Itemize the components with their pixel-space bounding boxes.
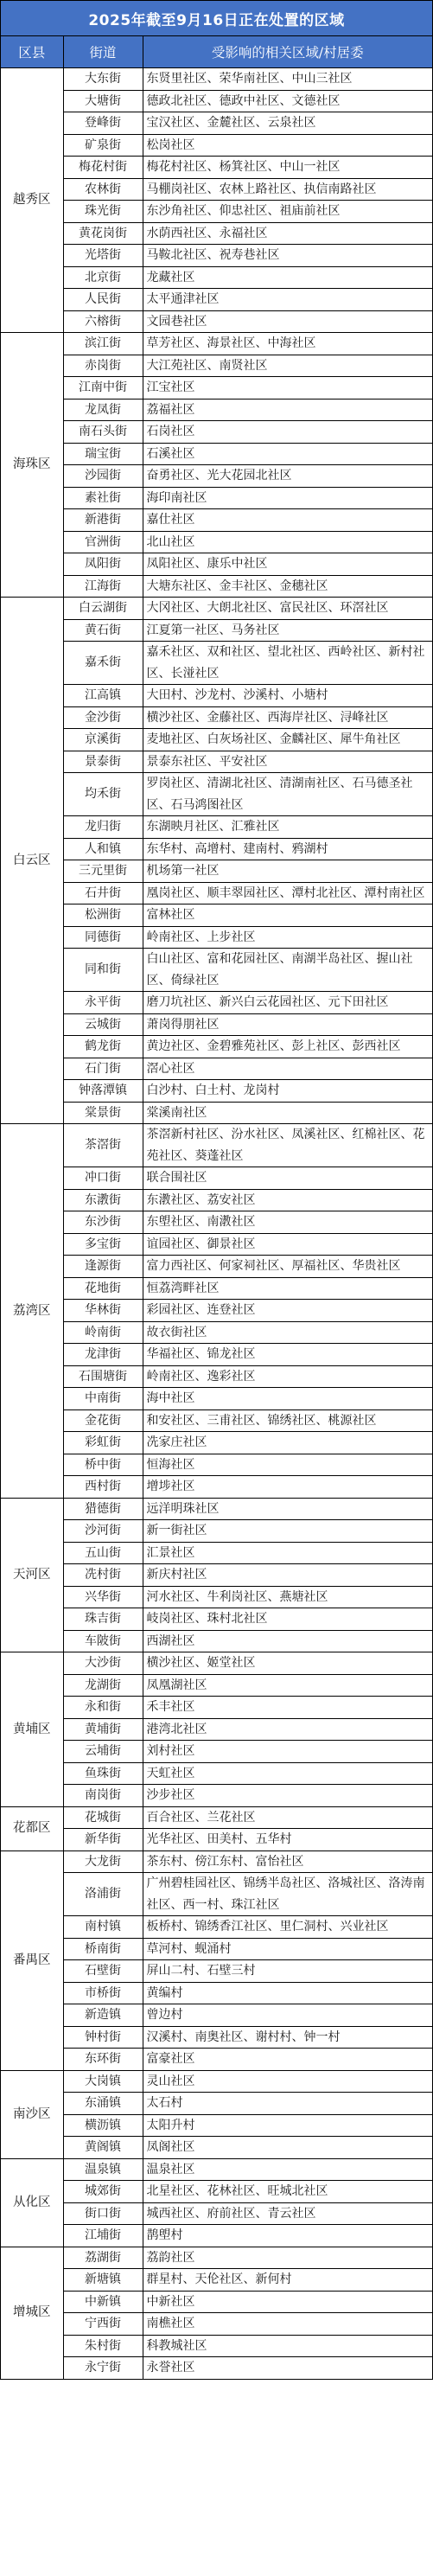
table-row: 人民街太平通津社区	[1, 289, 432, 311]
areas-cell: 百合社区、兰花社区	[143, 1806, 432, 1829]
street-cell: 车陂街	[63, 1630, 143, 1652]
street-cell: 江埔街	[63, 2225, 143, 2247]
areas-cell: 海中社区	[143, 1388, 432, 1410]
table-row: 桥中街恒海社区	[1, 1454, 432, 1476]
table-row: 钟落潭镇白沙村、白土村、龙岗村	[1, 1080, 432, 1103]
street-cell: 黄埔街	[63, 1718, 143, 1741]
street-cell: 珠吉街	[63, 1608, 143, 1631]
table-row: 横沥镇太阳升村	[1, 2114, 432, 2137]
table-row: 华林街彩园社区、连登社区	[1, 1300, 432, 1322]
areas-cell: 广州碧桂园社区、锦绣半岛社区、洛城社区、洛涛南社区、西一村、珠江社区	[143, 1873, 432, 1916]
areas-cell: 嘉禾社区、双和社区、望北社区、西岭社区、新村社区、长湴社区	[143, 642, 432, 685]
table-row: 街口街城西社区、府前社区、青云社区	[1, 2202, 432, 2225]
table-row: 同德街岭南社区、上步社区	[1, 926, 432, 949]
table-row: 黄阁镇凤阁社区	[1, 2137, 432, 2159]
street-cell: 桥中街	[63, 1454, 143, 1476]
street-cell: 东漖街	[63, 1189, 143, 1211]
street-cell: 六榕街	[63, 310, 143, 333]
street-cell: 中南街	[63, 1388, 143, 1410]
areas-cell: 东沙角社区、仰忠社区、祖庙前社区	[143, 201, 432, 223]
table-row: 新华街光华社区、田美村、五华村	[1, 1829, 432, 1851]
areas-cell: 茶滘新村社区、汾水社区、凤溪社区、红棉社区、花苑社区、葵蓬社区	[143, 1124, 432, 1167]
street-cell: 钟村街	[63, 2026, 143, 2049]
table-row: 登峰街宝汉社区、金麓社区、云泉社区	[1, 112, 432, 135]
areas-cell: 文园巷社区	[143, 310, 432, 333]
street-cell: 温泉镇	[63, 2158, 143, 2181]
areas-cell: 松岗社区	[143, 134, 432, 157]
street-cell: 新造镇	[63, 2004, 143, 2027]
areas-cell: 远洋明珠社区	[143, 1498, 432, 1520]
table-row: 六榕街文园巷社区	[1, 310, 432, 333]
street-cell: 大东街	[63, 68, 143, 91]
table-row: 冼村街新庆村社区	[1, 1564, 432, 1587]
street-cell: 登峰街	[63, 112, 143, 135]
street-cell: 兴华街	[63, 1586, 143, 1608]
street-cell: 龙归街	[63, 816, 143, 839]
street-cell: 云埔街	[63, 1741, 143, 1763]
areas-cell: 联合围社区	[143, 1167, 432, 1190]
areas-cell: 河水社区、牛利岗社区、燕塘社区	[143, 1586, 432, 1608]
areas-cell: 黄边社区、金碧雅苑社区、彭上社区、彭西社区	[143, 1036, 432, 1058]
areas-cell: 华福社区、锦龙社区	[143, 1344, 432, 1366]
areas-cell: 东华村、高增村、建南村、鸦湖村	[143, 838, 432, 860]
document: 2025年截至9月16日正在处置的区域 区县 街道 受影响的相关区域/村居委 越…	[0, 0, 433, 2380]
areas-cell: 大田村、沙龙村、沙溪村、小塘村	[143, 685, 432, 707]
street-cell: 南石头街	[63, 421, 143, 444]
areas-cell: 白山社区、富和花园社区、南湖半岛社区、握山社区、倚绿社区	[143, 949, 432, 992]
table-row: 桥南街草河村、蚬涌村	[1, 1938, 432, 1960]
areas-cell: 温泉社区	[143, 2158, 432, 2181]
street-cell: 东沙街	[63, 1211, 143, 1234]
table-row: 车陂街西湖社区	[1, 1630, 432, 1652]
street-cell: 横沥镇	[63, 2114, 143, 2137]
table-row: 中新镇中新社区	[1, 2291, 432, 2313]
areas-cell: 德政北社区、德政中社区、文德社区	[143, 90, 432, 112]
district-cell: 越秀区	[1, 68, 63, 333]
table-row: 番禺区大龙街茶东村、傍江东村、富怡社区	[1, 1851, 432, 1873]
table-row: 同和街白山社区、富和花园社区、南湖半岛社区、握山社区、倚绿社区	[1, 949, 432, 992]
areas-cell: 机场第一社区	[143, 860, 432, 883]
areas-cell: 太阳升村	[143, 2114, 432, 2137]
areas-cell: 沙步社区	[143, 1785, 432, 1807]
table-row: 龙凤街荔福社区	[1, 399, 432, 421]
areas-cell: 和安社区、三甫社区、锦绣社区、桃源社区	[143, 1409, 432, 1432]
areas-cell: 白沙村、白土村、龙岗村	[143, 1080, 432, 1103]
table-row: 钟村街汉溪村、南奥社区、谢村村、钟一村	[1, 2026, 432, 2049]
table-row: 沙河街新一街社区	[1, 1520, 432, 1543]
street-cell: 江海街	[63, 575, 143, 598]
street-cell: 景泰街	[63, 751, 143, 773]
table-row: 嘉禾街嘉禾社区、双和社区、望北社区、西岭社区、新村社区、长湴社区	[1, 642, 432, 685]
table-row: 均禾街罗岗社区、清湖北社区、清湖南社区、石马德圣社区、石马鸿图社区	[1, 773, 432, 816]
district-cell: 白云区	[1, 598, 63, 1124]
areas-cell: 江夏第一社区、马务社区	[143, 619, 432, 642]
table-row: 南岗街沙步社区	[1, 1785, 432, 1807]
street-cell: 人和镇	[63, 838, 143, 860]
areas-cell: 中新社区	[143, 2291, 432, 2313]
street-cell: 江高镇	[63, 685, 143, 707]
street-cell: 茶滘街	[63, 1124, 143, 1167]
areas-cell: 鹊塱村	[143, 2225, 432, 2247]
street-cell: 石围塘街	[63, 1365, 143, 1388]
table-row: 市桥街黄编村	[1, 1982, 432, 2004]
street-cell: 棠景街	[63, 1102, 143, 1124]
street-cell: 石壁街	[63, 1960, 143, 1983]
street-cell: 嘉禾街	[63, 642, 143, 685]
areas-cell: 东湖映月社区、汇雅社区	[143, 816, 432, 839]
table-row: 江埔街鹊塱村	[1, 2225, 432, 2247]
areas-cell: 冼家庄社区	[143, 1432, 432, 1454]
areas-cell: 新庆村社区	[143, 1564, 432, 1587]
street-cell: 松洲街	[63, 904, 143, 927]
areas-cell: 磨刀坑社区、新兴白云花园社区、元下田社区	[143, 992, 432, 1014]
table-row: 东涌镇太石村	[1, 2093, 432, 2115]
table-row: 荔湾区茶滘街茶滘新村社区、汾水社区、凤溪社区、红棉社区、花苑社区、葵蓬社区	[1, 1124, 432, 1167]
street-cell: 洛浦街	[63, 1873, 143, 1916]
street-cell: 城郊街	[63, 2181, 143, 2203]
areas-cell: 东塱社区、南漖社区	[143, 1211, 432, 1234]
table-row: 官洲街北山社区	[1, 531, 432, 553]
street-cell: 均禾街	[63, 773, 143, 816]
areas-cell: 西湖社区	[143, 1630, 432, 1652]
table-row: 龙湖街凤凰湖社区	[1, 1674, 432, 1697]
areas-cell: 富力西社区、何家祠社区、厚福社区、华贵社区	[143, 1256, 432, 1278]
street-cell: 金花街	[63, 1409, 143, 1432]
areas-cell: 棠溪南社区	[143, 1102, 432, 1124]
areas-cell: 海印南社区	[143, 487, 432, 509]
district-cell: 黄埔区	[1, 1652, 63, 1807]
areas-cell: 刘村社区	[143, 1741, 432, 1763]
areas-cell: 荔福社区	[143, 399, 432, 421]
street-cell: 凤阳街	[63, 553, 143, 576]
street-cell: 沙河街	[63, 1520, 143, 1543]
table-row: 逢源街富力西社区、何家祠社区、厚福社区、华贵社区	[1, 1256, 432, 1278]
table-row: 宁西街南樵社区	[1, 2313, 432, 2336]
district-cell: 南沙区	[1, 2070, 63, 2158]
areas-cell: 麦地社区、白灰场社区、金麟社区、犀牛角社区	[143, 729, 432, 751]
table-row: 北京街龙藏社区	[1, 266, 432, 289]
table-row: 石门街滘心社区	[1, 1058, 432, 1080]
street-cell: 南岗街	[63, 1785, 143, 1807]
street-cell: 瑞宝街	[63, 443, 143, 465]
street-cell: 永宁街	[63, 2357, 143, 2380]
street-cell: 滨江街	[63, 333, 143, 355]
table-row: 人和镇东华村、高增村、建南村、鸦湖村	[1, 838, 432, 860]
table-row: 京溪街麦地社区、白灰场社区、金麟社区、犀牛角社区	[1, 729, 432, 751]
table-row: 从化区温泉镇温泉社区	[1, 2158, 432, 2181]
street-cell: 岭南街	[63, 1321, 143, 1344]
areas-cell: 梅花村社区、杨箕社区、中山一社区	[143, 157, 432, 179]
table-row: 江高镇大田村、沙龙村、沙溪村、小塘村	[1, 685, 432, 707]
street-cell: 东环街	[63, 2049, 143, 2071]
district-cell: 从化区	[1, 2158, 63, 2247]
areas-cell: 东贤里社区、荣华南社区、中山三社区	[143, 68, 432, 91]
table-row: 冲口街联合围社区	[1, 1167, 432, 1190]
areas-cell: 北山社区	[143, 531, 432, 553]
street-cell: 冲口街	[63, 1167, 143, 1190]
table-row: 花都区花城街百合社区、兰花社区	[1, 1806, 432, 1829]
table-row: 彩虹街冼家庄社区	[1, 1432, 432, 1454]
table-row: 增城区荔湖街荔韵社区	[1, 2247, 432, 2269]
table-row: 南石头街石岗社区	[1, 421, 432, 444]
table-row: 东沙街东塱社区、南漖社区	[1, 1211, 432, 1234]
areas-cell: 宝汉社区、金麓社区、云泉社区	[143, 112, 432, 135]
table-row: 永和街禾丰社区	[1, 1697, 432, 1719]
street-cell: 梅花村街	[63, 157, 143, 179]
areas-table: 区县 街道 受影响的相关区域/村居委 越秀区大东街东贤里社区、荣华南社区、中山三…	[1, 36, 432, 2380]
street-cell: 矿泉街	[63, 134, 143, 157]
table-row: 棠景街棠溪南社区	[1, 1102, 432, 1124]
areas-cell: 灵山社区	[143, 2070, 432, 2093]
street-cell: 黄花岗街	[63, 222, 143, 245]
table-row: 金沙街横沙社区、金藤社区、西海岸社区、浔峰社区	[1, 706, 432, 729]
areas-cell: 草河村、蚬涌村	[143, 1938, 432, 1960]
table-row: 江南中街江宝社区	[1, 377, 432, 400]
street-cell: 西村街	[63, 1476, 143, 1499]
table-row: 黄石街江夏第一社区、马务社区	[1, 619, 432, 642]
street-cell: 宁西街	[63, 2313, 143, 2336]
street-cell: 同和街	[63, 949, 143, 992]
areas-cell: 大塘东社区、金丰社区、金穗社区	[143, 575, 432, 598]
street-cell: 京溪街	[63, 729, 143, 751]
street-cell: 大龙街	[63, 1851, 143, 1873]
street-cell: 永和街	[63, 1697, 143, 1719]
street-cell: 江南中街	[63, 377, 143, 400]
street-cell: 云城街	[63, 1013, 143, 1036]
areas-cell: 港湾北社区	[143, 1718, 432, 1741]
areas-cell: 水荫西社区、永福社区	[143, 222, 432, 245]
header-street: 街道	[63, 36, 143, 68]
street-cell: 街口街	[63, 2202, 143, 2225]
table-title: 2025年截至9月16日正在处置的区域	[1, 1, 432, 36]
table-row: 黄花岗街水荫西社区、永福社区	[1, 222, 432, 245]
areas-cell: 横沙社区、金藤社区、西海岸社区、浔峰社区	[143, 706, 432, 729]
table-row: 大塘街德政北社区、德政中社区、文德社区	[1, 90, 432, 112]
table-row: 多宝街谊园社区、御景社区	[1, 1233, 432, 1256]
table-row: 永平街磨刀坑社区、新兴白云花园社区、元下田社区	[1, 992, 432, 1014]
areas-cell: 凰岗社区、顺丰翠园社区、潭村北社区、潭村南社区	[143, 882, 432, 904]
table-row: 云城街萧岗得朋社区	[1, 1013, 432, 1036]
areas-cell: 大冈社区、大朗北社区、富民社区、环滘社区	[143, 598, 432, 620]
areas-cell: 恒荔湾畔社区	[143, 1277, 432, 1300]
street-cell: 大塘街	[63, 90, 143, 112]
street-cell: 花地街	[63, 1277, 143, 1300]
table-row: 凤阳街凤阳社区、康乐中社区	[1, 553, 432, 576]
street-cell: 猎德街	[63, 1498, 143, 1520]
street-cell: 珠光街	[63, 201, 143, 223]
street-cell: 石井街	[63, 882, 143, 904]
areas-cell: 天虹社区	[143, 1762, 432, 1785]
areas-cell: 凤阳社区、康乐中社区	[143, 553, 432, 576]
table-row: 石壁街屏山二村、石壁三村	[1, 1960, 432, 1983]
table-row: 新港街嘉仕社区	[1, 509, 432, 532]
areas-cell: 北星社区、花林社区、旺城北社区	[143, 2181, 432, 2203]
table-row: 三元里街机场第一社区	[1, 860, 432, 883]
table-row: 白云区白云湖街大冈社区、大朗北社区、富民社区、环滘社区	[1, 598, 432, 620]
street-cell: 冼村街	[63, 1564, 143, 1587]
street-cell: 多宝街	[63, 1233, 143, 1256]
table-row: 天河区猎德街远洋明珠社区	[1, 1498, 432, 1520]
table-row: 龙归街东湖映月社区、汇雅社区	[1, 816, 432, 839]
areas-cell: 嘉仕社区	[143, 509, 432, 532]
street-cell: 花城街	[63, 1806, 143, 1829]
areas-cell: 光华社区、田美村、五华村	[143, 1829, 432, 1851]
table-row: 兴华街河水社区、牛利岗社区、燕塘社区	[1, 1586, 432, 1608]
table-row: 东漖街东漖社区、荔安社区	[1, 1189, 432, 1211]
street-cell: 石门街	[63, 1058, 143, 1080]
table-row: 梅花村街梅花村社区、杨箕社区、中山一社区	[1, 157, 432, 179]
street-cell: 农林街	[63, 178, 143, 201]
street-cell: 龙凤街	[63, 399, 143, 421]
areas-cell: 江宝社区	[143, 377, 432, 400]
table-row: 黄埔街港湾北社区	[1, 1718, 432, 1741]
district-cell: 荔湾区	[1, 1124, 63, 1499]
table-row: 珠吉街岐岗社区、珠村北社区	[1, 1608, 432, 1631]
table-body: 越秀区大东街东贤里社区、荣华南社区、中山三社区大塘街德政北社区、德政中社区、文德…	[1, 68, 432, 2380]
street-cell: 朱村街	[63, 2335, 143, 2357]
areas-cell: 凤凰湖社区	[143, 1674, 432, 1697]
areas-cell: 滘心社区	[143, 1058, 432, 1080]
street-cell: 鱼珠街	[63, 1762, 143, 1785]
areas-cell: 永誉社区	[143, 2357, 432, 2380]
areas-cell: 奋勇社区、光大花园北社区	[143, 465, 432, 488]
street-cell: 人民街	[63, 289, 143, 311]
areas-cell: 岭南社区、逸彩社区	[143, 1365, 432, 1388]
street-cell: 五山街	[63, 1542, 143, 1564]
table-row: 朱村街科教城社区	[1, 2335, 432, 2357]
street-cell: 荔湖街	[63, 2247, 143, 2269]
areas-cell: 曾边村	[143, 2004, 432, 2027]
areas-cell: 恒海社区	[143, 1454, 432, 1476]
areas-cell: 汉溪村、南奥社区、谢村村、钟一村	[143, 2026, 432, 2049]
areas-cell: 龙藏社区	[143, 266, 432, 289]
street-cell: 永平街	[63, 992, 143, 1014]
header-district: 区县	[1, 36, 63, 68]
street-cell: 新华街	[63, 1829, 143, 1851]
street-cell: 钟落潭镇	[63, 1080, 143, 1103]
street-cell: 大沙街	[63, 1652, 143, 1675]
table-row: 黄埔区大沙街横沙社区、姬堂社区	[1, 1652, 432, 1675]
header-areas: 受影响的相关区域/村居委	[143, 36, 432, 68]
table-row: 中南街海中社区	[1, 1388, 432, 1410]
areas-cell: 太平通津社区	[143, 289, 432, 311]
table-row: 五山街汇景社区	[1, 1542, 432, 1564]
street-cell: 大岗镇	[63, 2070, 143, 2093]
street-cell: 新塘镇	[63, 2269, 143, 2292]
areas-cell: 岐岗社区、珠村北社区	[143, 1608, 432, 1631]
street-cell: 金沙街	[63, 706, 143, 729]
areas-cell: 富豪社区	[143, 2049, 432, 2071]
areas-cell: 石溪社区	[143, 443, 432, 465]
areas-cell: 科教城社区	[143, 2335, 432, 2357]
street-cell: 南村镇	[63, 1916, 143, 1939]
table-row: 鹤龙街黄边社区、金碧雅苑社区、彭上社区、彭西社区	[1, 1036, 432, 1058]
areas-cell: 南樵社区	[143, 2313, 432, 2336]
street-cell: 北京街	[63, 266, 143, 289]
areas-cell: 屏山二村、石壁三村	[143, 1960, 432, 1983]
street-cell: 赤岗街	[63, 355, 143, 377]
table-header-row: 区县 街道 受影响的相关区域/村居委	[1, 36, 432, 68]
table-row: 南村镇板桥村、锦绣香江社区、里仁洞村、兴业社区	[1, 1916, 432, 1939]
areas-cell: 谊园社区、御景社区	[143, 1233, 432, 1256]
street-cell: 东涌镇	[63, 2093, 143, 2115]
areas-cell: 萧岗得朋社区	[143, 1013, 432, 1036]
table-row: 江海街大塘东社区、金丰社区、金穗社区	[1, 575, 432, 598]
street-cell: 官洲街	[63, 531, 143, 553]
table-row: 鱼珠街天虹社区	[1, 1762, 432, 1785]
table-row: 石围塘街岭南社区、逸彩社区	[1, 1365, 432, 1388]
areas-cell: 黄编村	[143, 1982, 432, 2004]
areas-cell: 群星村、天伦社区、新何村	[143, 2269, 432, 2292]
areas-cell: 凤阁社区	[143, 2137, 432, 2159]
areas-cell: 城西社区、府前社区、青云社区	[143, 2202, 432, 2225]
table-row: 洛浦街广州碧桂园社区、锦绣半岛社区、洛城社区、洛涛南社区、西一村、珠江社区	[1, 1873, 432, 1916]
table-row: 景泰街景泰东社区、平安社区	[1, 751, 432, 773]
areas-cell: 横沙社区、姬堂社区	[143, 1652, 432, 1675]
district-cell: 番禺区	[1, 1851, 63, 2070]
table-row: 城郊街北星社区、花林社区、旺城北社区	[1, 2181, 432, 2203]
district-cell: 海珠区	[1, 333, 63, 598]
table-row: 永宁街永誉社区	[1, 2357, 432, 2380]
table-row: 珠光街东沙角社区、仰忠社区、祖庙前社区	[1, 201, 432, 223]
street-cell: 新港街	[63, 509, 143, 532]
table-row: 金花街和安社区、三甫社区、锦绣社区、桃源社区	[1, 1409, 432, 1432]
street-cell: 龙湖街	[63, 1674, 143, 1697]
street-cell: 华林街	[63, 1300, 143, 1322]
street-cell: 白云湖街	[63, 598, 143, 620]
street-cell: 龙津街	[63, 1344, 143, 1366]
table-row: 农林街马棚岗社区、农林上路社区、执信南路社区	[1, 178, 432, 201]
areas-cell: 增埗社区	[143, 1476, 432, 1499]
areas-cell: 东漖社区、荔安社区	[143, 1189, 432, 1211]
table-row: 松洲街富林社区	[1, 904, 432, 927]
street-cell: 中新镇	[63, 2291, 143, 2313]
table-row: 龙津街华福社区、锦龙社区	[1, 1344, 432, 1366]
table-row: 云埔街刘村社区	[1, 1741, 432, 1763]
table-row: 石井街凰岗社区、顺丰翠园社区、潭村北社区、潭村南社区	[1, 882, 432, 904]
table-row: 瑞宝街石溪社区	[1, 443, 432, 465]
table-row: 南沙区大岗镇灵山社区	[1, 2070, 432, 2093]
areas-cell: 禾丰社区	[143, 1697, 432, 1719]
areas-cell: 荔韵社区	[143, 2247, 432, 2269]
street-cell: 彩虹街	[63, 1432, 143, 1454]
street-cell: 沙园街	[63, 465, 143, 488]
table-row: 素社街海印南社区	[1, 487, 432, 509]
street-cell: 黄阁镇	[63, 2137, 143, 2159]
street-cell: 桥南街	[63, 1938, 143, 1960]
areas-cell: 岭南社区、上步社区	[143, 926, 432, 949]
areas-cell: 茶东村、傍江东村、富怡社区	[143, 1851, 432, 1873]
table-row: 新塘镇群星村、天伦社区、新何村	[1, 2269, 432, 2292]
street-cell: 鹤龙街	[63, 1036, 143, 1058]
district-cell: 增城区	[1, 2247, 63, 2379]
street-cell: 黄石街	[63, 619, 143, 642]
street-cell: 三元里街	[63, 860, 143, 883]
table-row: 矿泉街松岗社区	[1, 134, 432, 157]
street-cell: 素社街	[63, 487, 143, 509]
areas-cell: 马鞍北社区、祝寿巷社区	[143, 245, 432, 267]
areas-cell: 大江苑社区、南贤社区	[143, 355, 432, 377]
table-row: 越秀区大东街东贤里社区、荣华南社区、中山三社区	[1, 68, 432, 91]
table-row: 光塔街马鞍北社区、祝寿巷社区	[1, 245, 432, 267]
table-row: 西村街增埗社区	[1, 1476, 432, 1499]
areas-cell: 彩园社区、连登社区	[143, 1300, 432, 1322]
street-cell: 同德街	[63, 926, 143, 949]
district-cell: 花都区	[1, 1806, 63, 1851]
areas-cell: 石岗社区	[143, 421, 432, 444]
table-row: 海珠区滨江街草芳社区、海景社区、中海社区	[1, 333, 432, 355]
areas-cell: 新一街社区	[143, 1520, 432, 1543]
